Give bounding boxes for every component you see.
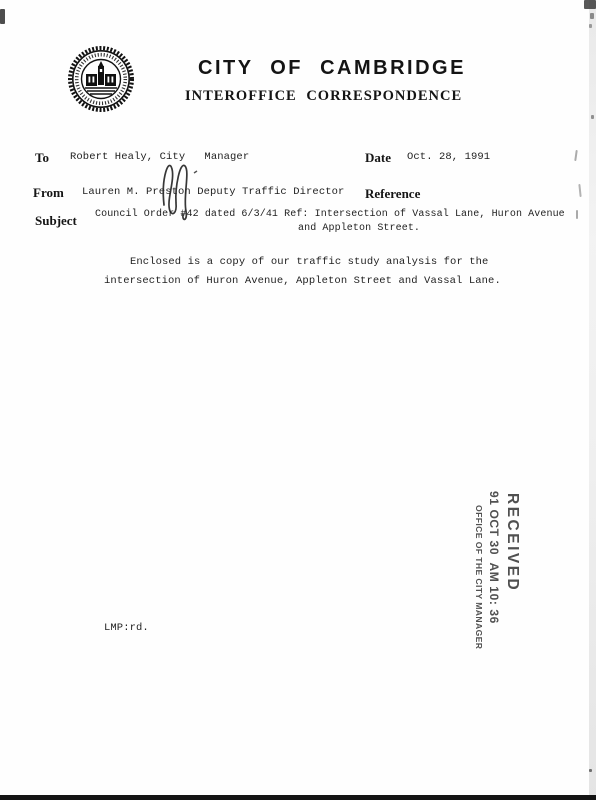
- subject-line2: and Appleton Street.: [298, 223, 420, 234]
- scan-speck: [574, 150, 578, 161]
- doc-type-title: INTEROFFICE CORRESPONDENCE: [185, 88, 462, 105]
- scan-artifact-top-right: [584, 0, 596, 9]
- typist-initials: LMP:rd.: [104, 622, 149, 634]
- scanned-memo-page: CITY OF CAMBRIDGE INTEROFFICE CORRESPOND…: [0, 0, 596, 800]
- subject-label: Subject: [35, 213, 77, 229]
- to-label: To: [35, 150, 49, 166]
- city-of-cambridge-seal-icon: [66, 44, 136, 114]
- org-title: CITY OF CAMBRIDGE: [198, 57, 466, 80]
- received-stamp: RECEIVED 91 OCT 30 AM 10: 36 OFFICE OF T…: [464, 491, 522, 641]
- reference-label: Reference: [365, 186, 420, 202]
- scan-bottom-bar: [0, 795, 596, 800]
- body-line2: intersection of Huron Avenue, Appleton S…: [104, 275, 501, 287]
- subject-line1: Council Order #42 dated 6/3/41 Ref: Inte…: [95, 209, 565, 220]
- scan-speck: [576, 210, 578, 219]
- date-label: Date: [365, 150, 391, 166]
- scan-speck: [590, 13, 594, 19]
- scan-speck: [578, 184, 581, 197]
- scan-artifact-top-left: [0, 9, 5, 24]
- stamp-received-text: RECEIVED: [502, 493, 522, 641]
- scan-speck: [589, 24, 592, 28]
- stamp-office-text: OFFICE OF THE CITY MANAGER: [472, 505, 485, 641]
- scan-edge-band: [589, 0, 596, 796]
- scan-speck: [589, 769, 592, 772]
- scan-speck: [591, 115, 594, 119]
- stamp-datetime-text: 91 OCT 30 AM 10: 36: [485, 491, 502, 641]
- date-value: Oct. 28, 1991: [407, 151, 490, 163]
- body-line1: Enclosed is a copy of our traffic study …: [130, 256, 488, 268]
- from-label: From: [33, 185, 64, 201]
